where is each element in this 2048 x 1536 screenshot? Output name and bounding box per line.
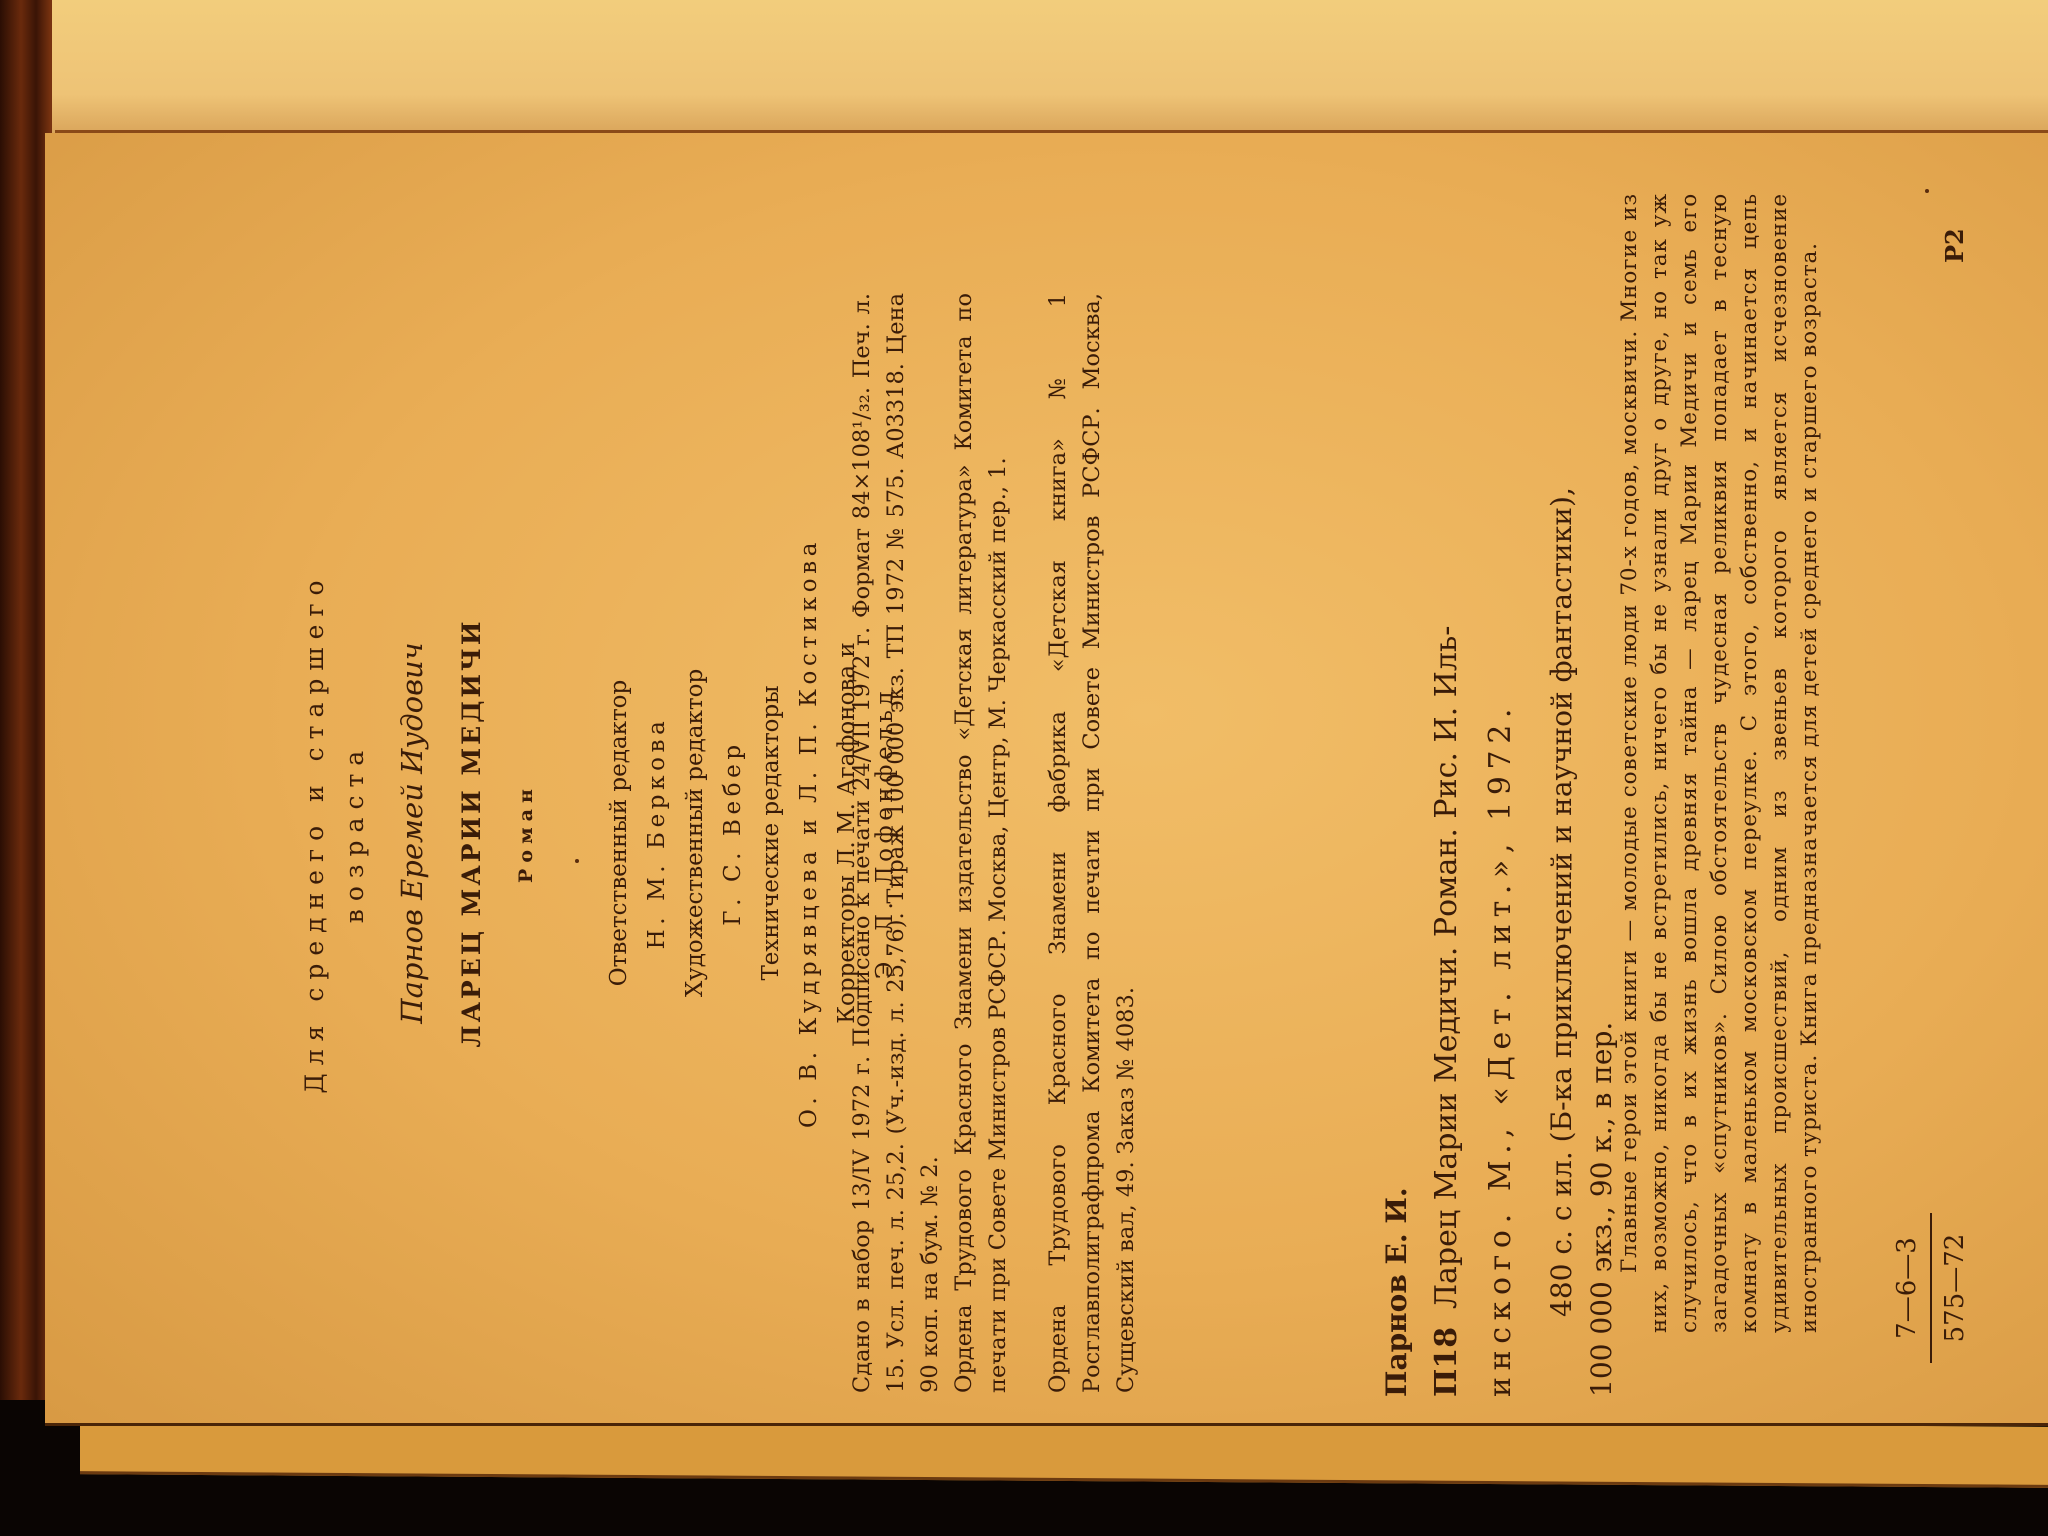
- annotation: Главные герои этой книги — молодые совет…: [1615, 193, 1825, 1333]
- page-content-rotated: Для среднего и старшего возраста Парнов …: [45, 133, 2048, 1423]
- production-details: Сдано в набор 13/IV 1972 г. Подписано к …: [845, 293, 947, 1393]
- genre-label: Роман: [515, 243, 537, 1423]
- annotation-text: Главные герои этой книги — молодые совет…: [1617, 193, 1822, 1333]
- catalog-entry-line-1: Ларец Марии Медичи. Роман. Рис. И. Иль-: [1429, 626, 1464, 1309]
- facing-page: [52, 0, 2048, 135]
- audience-note: Для среднего и старшего возраста: [295, 243, 375, 1423]
- publisher-details: Ордена Трудового Красного Знамени издате…: [947, 293, 1015, 1393]
- catalog-entry-line-2: инского. М., «Дет. лит.», 1972.: [1474, 247, 1528, 1397]
- imprint-page: Для среднего и старшего возраста Парнов …: [45, 133, 2048, 1426]
- classification-index: 7—6—3 575—72: [1890, 1213, 1972, 1363]
- printer-details: Ордена Трудового Красного Знамени фабрик…: [1041, 293, 1143, 1393]
- imprint-block: Сдано в набор 13/IV 1972 г. Подписано к …: [845, 293, 1143, 1393]
- credit-person: О. В. Кудрявцева и Л. П. Костикова: [790, 243, 828, 1423]
- credit-role: Технические редакторы: [752, 243, 790, 1423]
- credit-person: Г. С. Вебер: [714, 243, 752, 1423]
- author-full-name: Парнов Еремей Иудович: [395, 243, 429, 1423]
- audience-line-1: Для среднего и старшего: [295, 243, 335, 1423]
- classification-denominator: 575—72: [1938, 1213, 1972, 1363]
- paper-speck: [1925, 189, 1929, 193]
- audience-line-2: возраста: [335, 243, 375, 1423]
- catalog-physical: 480 с. с ил. (Б-ка приключений и научной…: [1542, 247, 1582, 1397]
- catalog-record: П18Ларец Марии Медичи. Роман. Рис. И. Ил…: [1420, 247, 1622, 1397]
- credit-person: Н. М. Беркова: [638, 243, 676, 1423]
- credit-role: Художественный редактор: [676, 243, 714, 1423]
- catalog-author: Парнов Е. И.: [1380, 1187, 1413, 1397]
- paper-speck: [575, 859, 579, 863]
- book-title: ЛАРЕЦ МАРИИ МЕДИЧИ: [457, 243, 486, 1423]
- credit-role: Ответственный редактор: [600, 243, 638, 1423]
- classification-numerator: 7—6—3: [1890, 1213, 1932, 1363]
- catalog-code: П18: [1420, 1309, 1474, 1397]
- bbk-marker: Р2: [1940, 228, 1969, 263]
